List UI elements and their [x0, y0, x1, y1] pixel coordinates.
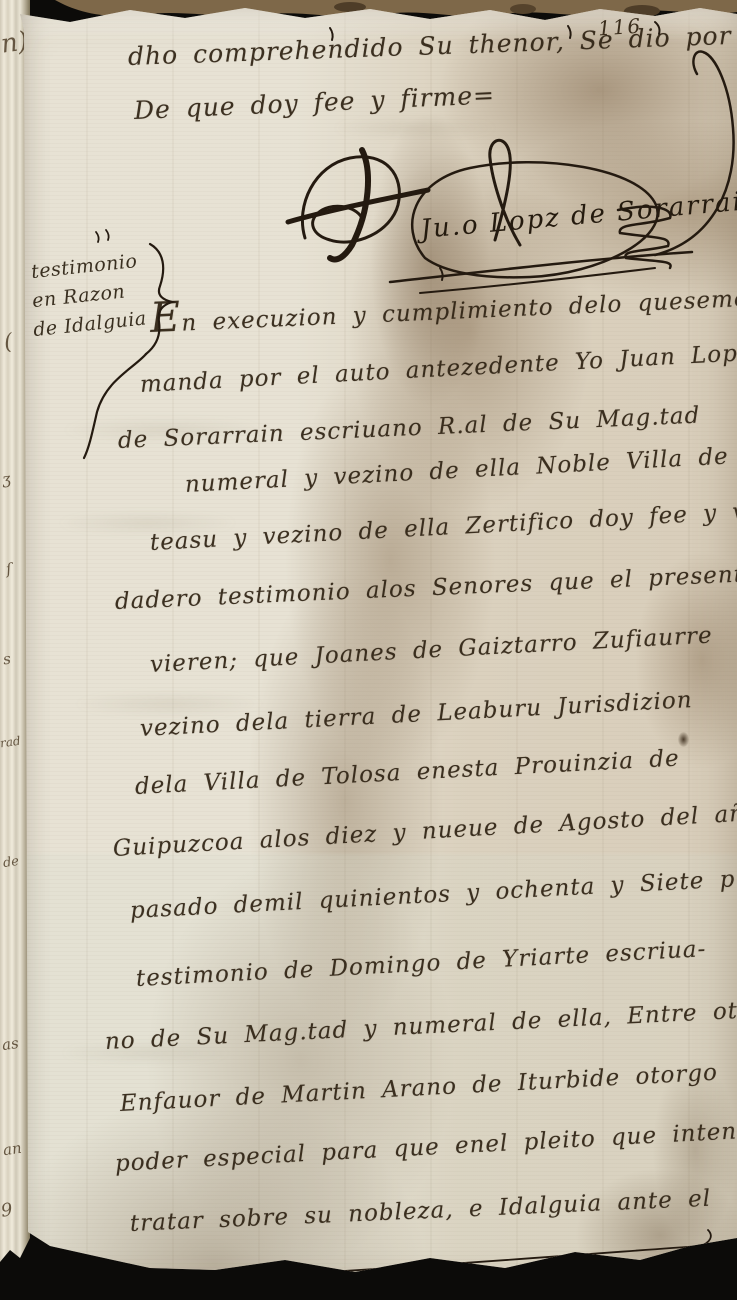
pen-tick: [440, 268, 443, 280]
signature-rubric: [288, 52, 734, 293]
closing-rule: [150, 1230, 711, 1282]
manuscript-page: 116 dho comprehendido Su thenor, Se dio …: [0, 0, 737, 1300]
manuscript-scan: n) ( ʒ ſ s rad de as an 9 116 dho compre…: [0, 0, 737, 1300]
pen-tick: [330, 28, 333, 40]
pen-tick: [655, 22, 660, 34]
edge-fragment: an: [2, 1139, 23, 1159]
margin-note: testimonio en Razon de Idalguia: [30, 246, 152, 344]
pen-flourishes: [0, 0, 737, 1300]
edge-fragment: as: [1, 1034, 20, 1054]
edge-fragment: rad: [0, 734, 21, 751]
edge-fragment: de: [2, 854, 20, 871]
pen-tick: [568, 26, 571, 38]
